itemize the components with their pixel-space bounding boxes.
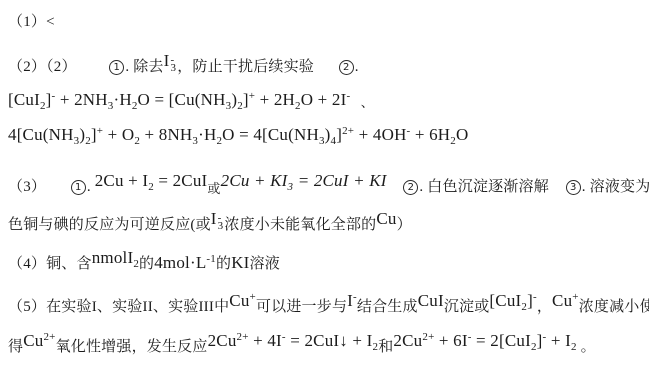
circled-number-1: 1	[109, 60, 124, 75]
text-run: = 2CuI↓ + I	[286, 331, 373, 351]
circled-number-3: 3	[566, 180, 581, 195]
text-run: + 6I	[434, 331, 467, 351]
text-run: I	[211, 209, 217, 229]
text-run	[387, 179, 403, 195]
text-run: O = [Cu(NH	[138, 90, 226, 109]
text-run: （5）在实验I、实验II、实验III中	[8, 299, 229, 315]
equation-cui2-ammonia: [CuI2]- + 2NH3·H2O = [Cu(NH3)2]+ + 2H2O …	[8, 90, 645, 112]
triiodide-ion: -3	[218, 214, 224, 230]
text-run: + 2H	[255, 90, 295, 109]
text-run: nmolI	[92, 248, 134, 268]
text-run: ·H	[113, 90, 131, 109]
text-run: + 4I	[249, 331, 282, 351]
text-run: +	[572, 291, 578, 303]
text-run: 2Cu + I	[95, 171, 149, 191]
text-run: 2Cu	[208, 331, 237, 351]
answer-item-5-continued: 得Cu2+氧化性增强，发生反应2Cu2+ + 4I- = 2CuI↓ + I2和…	[8, 335, 645, 358]
text-run: + 8NH	[140, 125, 192, 144]
text-run: -1	[206, 253, 216, 265]
answer-item-3-continued: 色铜与碘的反应为可逆反应(或I-3浓度小未能氧化全部的Cu）	[8, 213, 645, 235]
answer-item-1: （1）<	[8, 10, 645, 31]
circled-number-2: 2	[403, 180, 418, 195]
text-run: 4[Cu(NH	[8, 125, 74, 144]
count-subscript: 3	[218, 222, 224, 230]
text-run: 2+	[422, 331, 434, 343]
text-run: 可以进一步与	[256, 299, 347, 315]
text-run: 氧化性增强，发生反应	[56, 339, 208, 355]
text-run: 沉淀或	[444, 299, 490, 315]
text-run: ·H	[198, 125, 216, 144]
text-run: O + 2I	[301, 90, 347, 109]
answer-item-5: （5）在实验I、实验II、实验III中Cu+可以进一步与I-结合生成CuI沉淀或…	[8, 295, 645, 318]
text-run: +	[250, 291, 256, 303]
text-run: O	[456, 125, 468, 144]
text-run: . 白色沉淀逐渐溶解	[419, 179, 564, 195]
text-run: [CuI	[8, 90, 40, 109]
count-subscript: 3	[171, 64, 177, 72]
text-run: 溶液	[250, 256, 280, 272]
text-run: 或	[207, 181, 220, 196]
text-run: + 2NH	[55, 90, 107, 109]
text-run: 2Cu + KI	[221, 171, 288, 191]
text-run: 色铜与碘的反应为可逆反应(或	[8, 217, 211, 233]
text-run: + I	[546, 331, 571, 351]
text-run: 浓度小未能氧化全部的	[224, 217, 376, 233]
text-run: 2	[133, 258, 139, 270]
text-run: . 除去	[125, 59, 163, 75]
text-run: 2	[373, 341, 379, 353]
text-run: （2）（2）	[8, 59, 77, 75]
text-run: 2+	[237, 331, 249, 343]
text-run: I	[164, 51, 170, 71]
text-run: （1）<	[8, 14, 55, 30]
text-run: 、	[350, 95, 374, 110]
text-run: 。	[577, 339, 596, 355]
text-run: 和	[378, 339, 393, 355]
text-run	[77, 59, 109, 75]
text-run: 的	[139, 256, 154, 272]
text-run: 2+	[43, 331, 55, 343]
text-run: 2	[571, 341, 577, 353]
text-run: 2+	[342, 125, 354, 137]
text-run: + 4OH	[354, 125, 406, 144]
text-run: 2Cu	[393, 331, 422, 351]
text-run: -	[533, 291, 537, 303]
circled-number-1: 1	[71, 180, 86, 195]
text-run: Cu	[229, 291, 249, 311]
text-run: ，	[537, 299, 552, 315]
text-run: 结合生成	[357, 299, 418, 315]
equation-cu-ammine-oxygen: 4[Cu(NH3)2]+ + O2 + 8NH3·H2O = 4[Cu(NH3)…	[8, 125, 645, 147]
text-run: 的	[216, 256, 231, 272]
text-run: CuI	[418, 291, 444, 311]
text-run: （4）铜、含	[8, 256, 92, 272]
text-run: KI	[231, 253, 249, 272]
text-run: 4mol·L	[154, 253, 206, 272]
text-run: Cu	[552, 291, 572, 311]
text-run	[314, 59, 338, 75]
text-run: .	[87, 179, 95, 195]
answer-item-3: （3） 1. 2Cu + I2 = 2CuI或2Cu + KI3 = 2CuI …	[8, 175, 645, 198]
text-run: = 2[CuI	[472, 331, 531, 351]
text-run: -	[353, 291, 357, 303]
text-run: ，防止干扰后续实验	[177, 59, 314, 75]
text-run: + O	[103, 125, 134, 144]
text-run: Cu	[376, 209, 396, 229]
text-run: .	[355, 59, 359, 75]
text-run: 浓度减小使	[579, 299, 649, 315]
text-run: （3）	[8, 179, 46, 195]
triiodide-ion: -3	[171, 56, 177, 72]
text-run	[46, 179, 70, 195]
text-run: = 2CuI	[154, 171, 208, 191]
text-run: [CuI	[489, 291, 521, 311]
text-run: + 6H	[410, 125, 450, 144]
document-page: （1）< （2）（2） 1. 除去I-3，防止干扰后续实验 2. [CuI2]-…	[0, 0, 649, 370]
text-run: O = 4[Cu(NH	[222, 125, 319, 144]
answer-item-2: （2）（2） 1. 除去I-3，防止干扰后续实验 2.	[8, 55, 645, 77]
text-run: . 溶液变为无	[582, 179, 649, 195]
text-run: ）	[397, 217, 412, 233]
circled-number-2: 2	[339, 60, 354, 75]
text-run: = 2CuI + KI	[293, 171, 386, 191]
text-run: Cu	[23, 331, 43, 351]
answer-item-4: （4）铜、含nmolI2的4mol·L-1的KI溶液	[8, 252, 645, 275]
text-run: 得	[8, 339, 23, 355]
